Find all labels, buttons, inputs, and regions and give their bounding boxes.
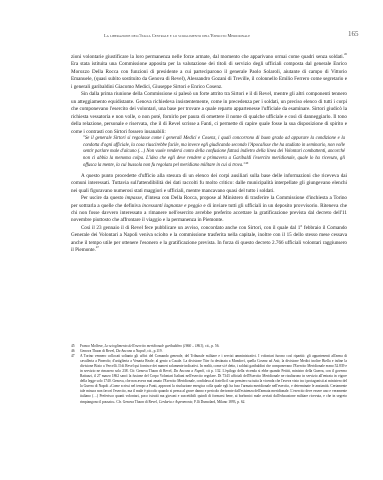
running-header: La liberazione dell'Italia Centrale e lo… [104,33,305,38]
footnotes: 45 Franco Molfese, Lo scioglimento dell'… [71,344,347,405]
paragraph: Sin dalla prima riunione della Commissio… [71,91,347,136]
paragraph-text: Per uscire da questo [81,195,125,201]
footnote-title: Lo scioglimento dell'esercito meridional… [104,344,203,348]
footnote-text-part: , F.lli Dumolard, Milano 1893, p. 62. [192,400,245,404]
page-number: 165 [348,30,359,38]
body-text: zioni volontarie giustificare la loro pe… [71,54,347,255]
footnote-text-part: , cit., p.119. [146,349,163,353]
footnote-title: Cerdaria e Aspromonte [159,400,193,404]
footnote-title: Da Ancona a Napoli [116,349,146,353]
footnote-ref[interactable]: 46 [245,161,248,165]
footnote-text-part: , cit., p. 56. [203,344,219,348]
footnote-number: 47 [71,354,80,404]
paragraph: Così il 23 gennaio il di Revel fece pubb… [71,225,347,255]
footnote-text-part: Genova Thaon di Revel, [80,349,116,353]
footnote-title: Da Ancona a Napoli [174,369,205,373]
paragraph: zioni volontarie giustificare la loro pe… [71,54,347,91]
footnote-text-part: Franco Molfese, [80,344,104,348]
paragraph: Per uscire da questo impasse, d'intesa c… [71,195,347,225]
italic-quote: incessanti lagnanze e peggio [142,203,202,209]
paragraph-text: Così il 23 gennaio il di Revel fece pubb… [71,225,347,253]
block-quote: "Se il generale Sirtori si regolasse com… [83,136,347,170]
paragraph: A questo punto procedette d'ufficio alla… [71,173,347,195]
paragraph-text: zioni volontarie giustificare la loro pe… [71,54,344,60]
quote-text: "Se il generale Sirtori si regolasse com… [83,136,345,168]
italic-term: impasse [125,195,142,201]
footnote: 47 A Torino vennero collocati soltanto g… [71,354,347,404]
footnote-ref[interactable]: 47 [96,245,99,249]
paragraph-text: Era stata istituita una Commissione appo… [71,61,347,89]
footnote-ref[interactable]: 45 [344,52,347,56]
footnote-text: A Torino vennero collocati soltanto gli … [80,354,347,404]
footnote-text-part: , cit p. 132. L'epilogo della vicenda si… [80,369,347,403]
